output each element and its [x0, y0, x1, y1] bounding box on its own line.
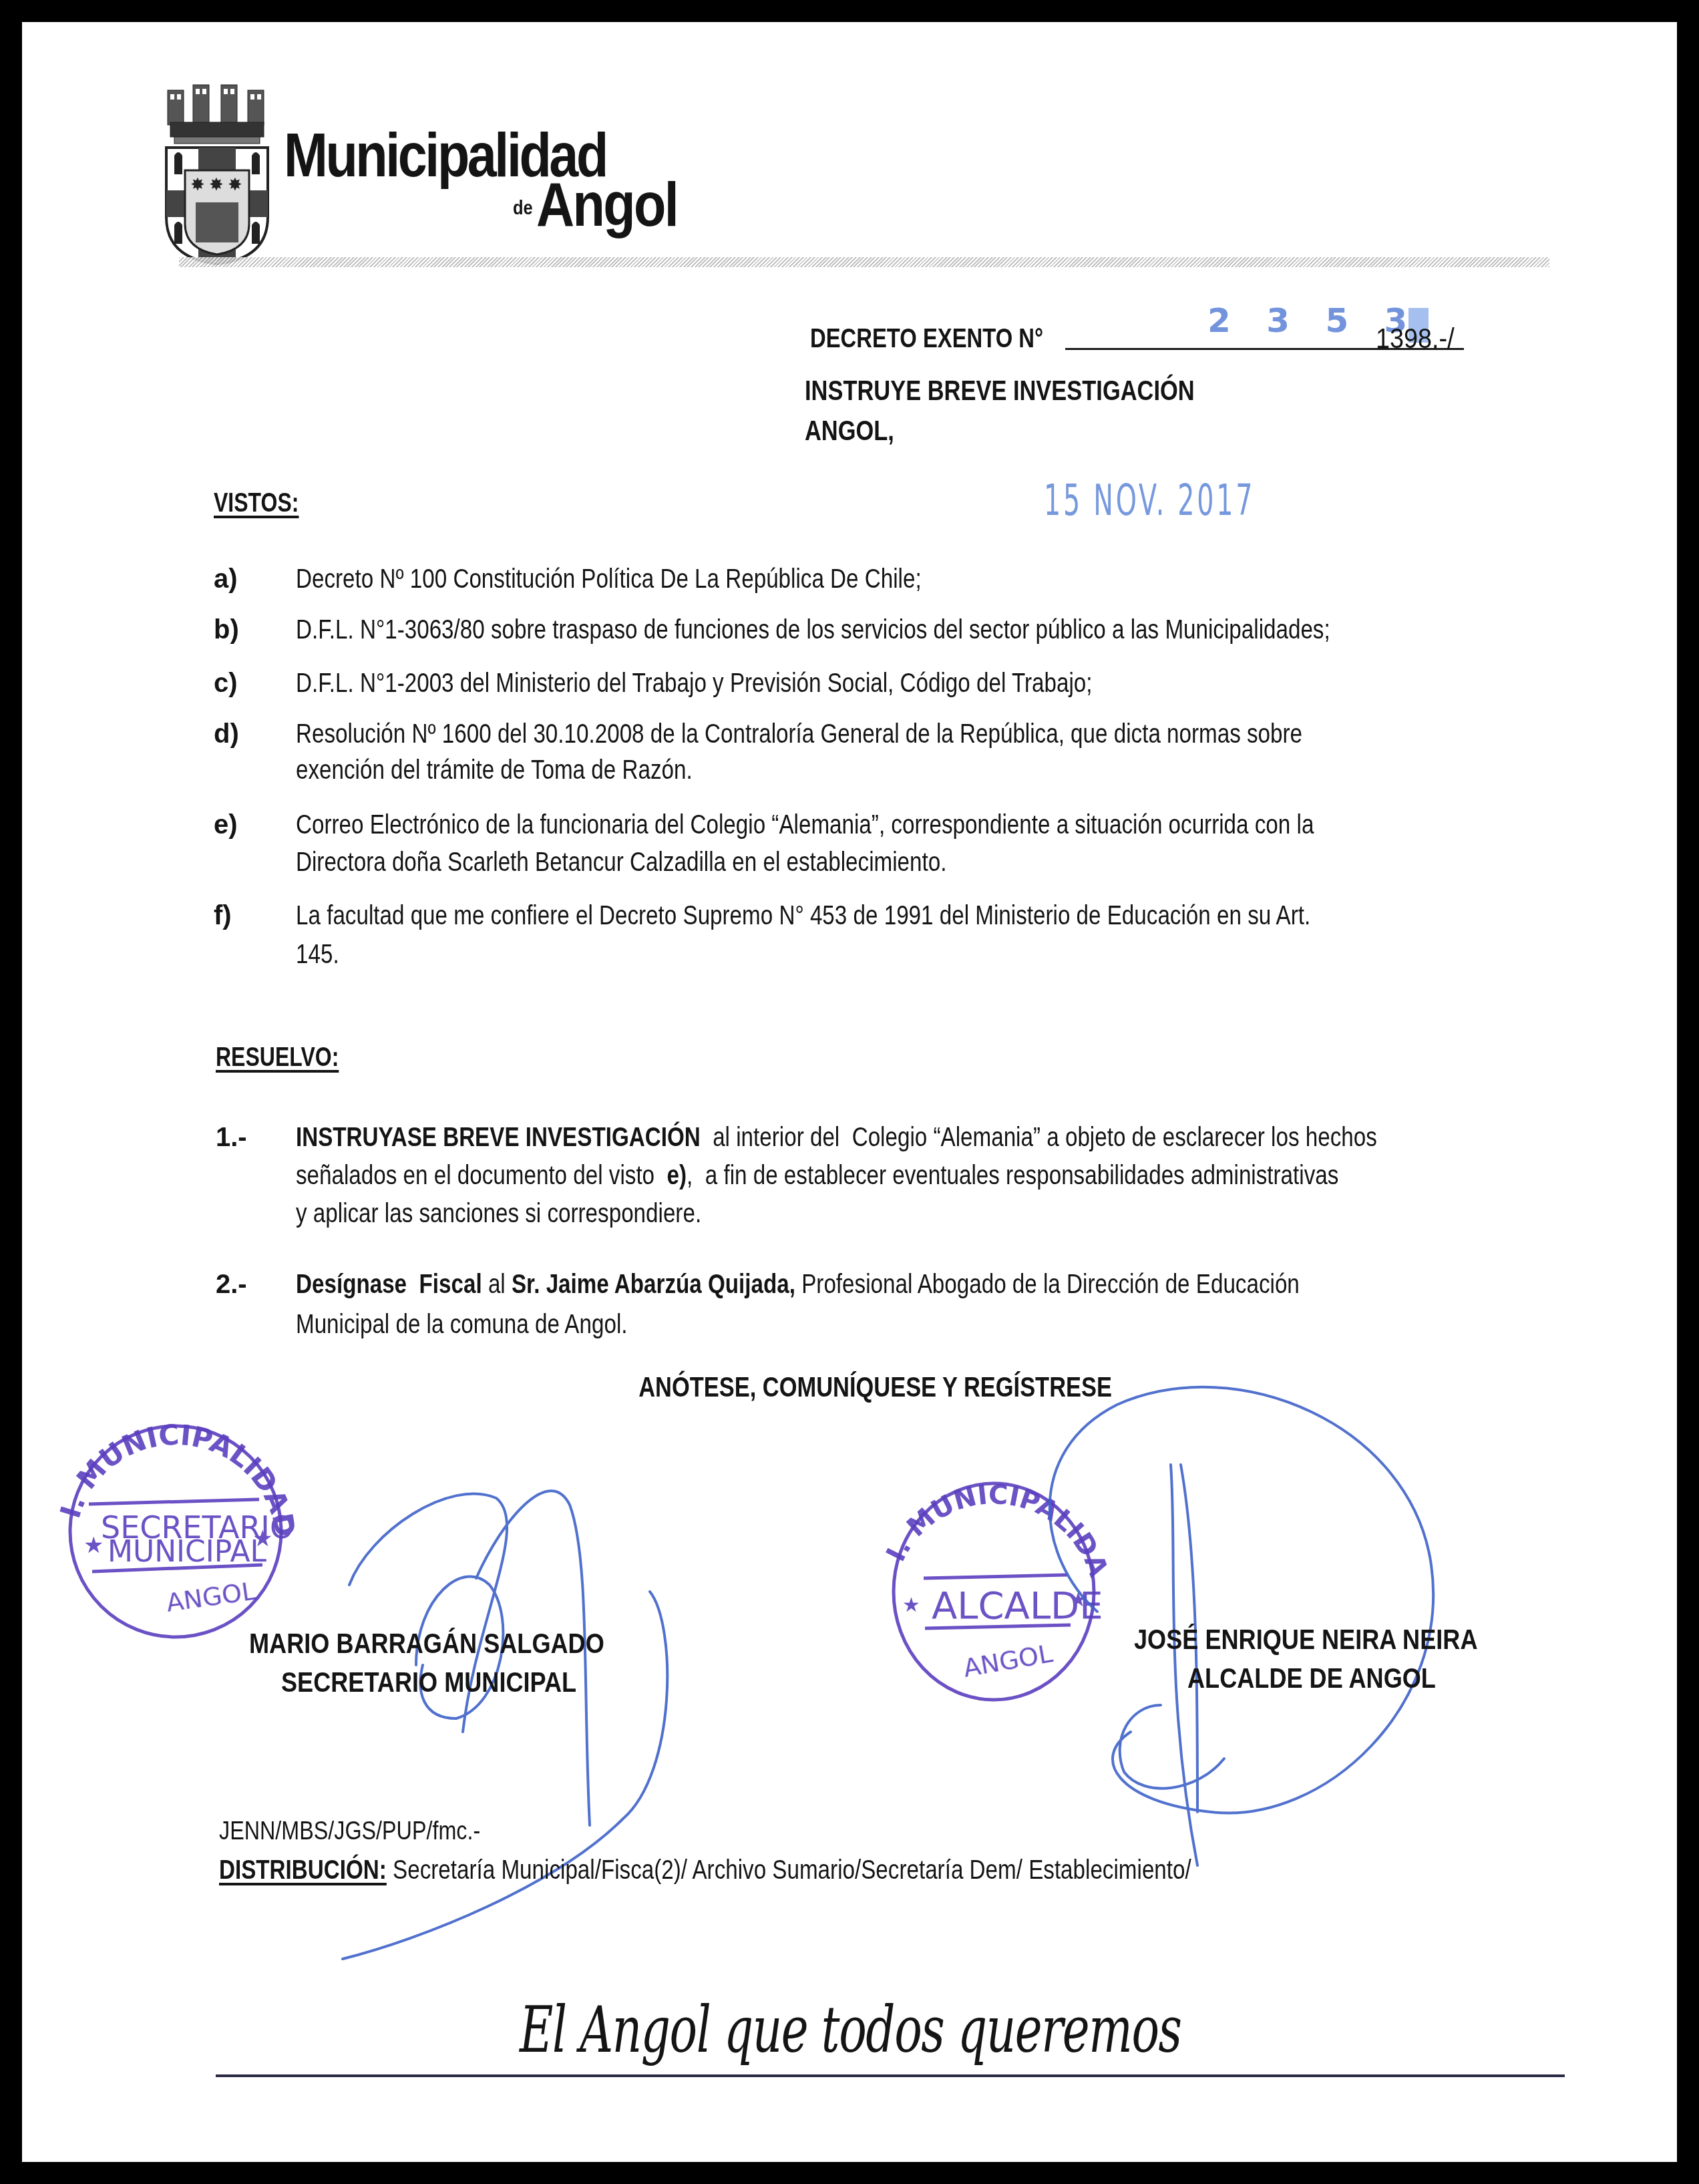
alcalde-title: ALCALDE DE ANGOL [1187, 1662, 1436, 1694]
secretario-stamp-mid2: MUNICIPAL [108, 1535, 267, 1569]
distribution: DISTRIBUCIÓN: Secretaría Municipal/Fisca… [219, 1855, 1191, 1885]
secretario-name: MARIO BARRAGÁN SALGADO [249, 1628, 604, 1660]
distribution-label: DISTRIBUCIÓN: [219, 1855, 387, 1885]
svg-text:I. MUNICIPALIDAD: I. MUNICIPALIDAD [22, 22, 1114, 1581]
distribution-list: Secretaría Municipal/Fisca(2)/ Archivo S… [387, 1855, 1191, 1885]
responsibility-initials: JENN/MBS/JGS/PUP/fmc.- [219, 1817, 480, 1846]
svg-text:★: ★ [902, 1594, 920, 1617]
alcalde-stamp-bottom: ANGOL [961, 1638, 1055, 1683]
secretario-signature [343, 1491, 667, 1959]
secretario-title: SECRETARIO MUNICIPAL [281, 1666, 576, 1698]
footer-slogan: El Angol que todos queremos [520, 1992, 1181, 2067]
footer-rule [216, 2074, 1565, 2077]
document-page: ✸ ✸ ✸ Municipalidad de Angol DECRETO EXE… [22, 22, 1677, 2162]
alcalde-name: JOSÉ ENRIQUE NEIRA NEIRA [1134, 1624, 1477, 1656]
alcalde-stamp-top: I. MUNICIPALIDAD [22, 22, 1114, 1581]
svg-text:★: ★ [83, 1532, 104, 1559]
svg-text:★: ★ [252, 1525, 272, 1552]
